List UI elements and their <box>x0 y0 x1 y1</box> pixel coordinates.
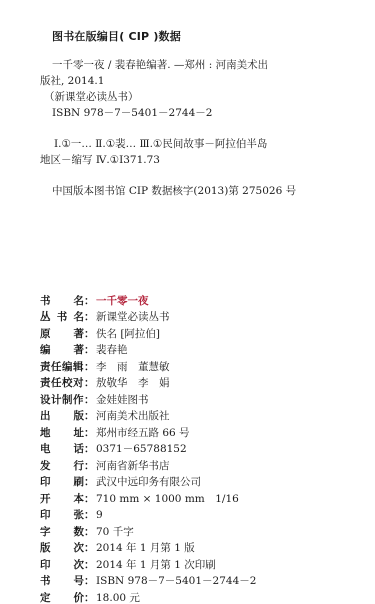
colophon-row-book-title: 书名：一千零一夜 <box>40 292 340 309</box>
cip-heading: 图书在版编目( CIP )数据 <box>52 28 181 44</box>
colophon-row-phone: 电话：0371－65788152 <box>40 441 340 458</box>
label-colon: ： <box>84 524 92 539</box>
label-colon: ： <box>84 425 92 440</box>
label-text: 书号 <box>40 573 84 588</box>
label-text: 原著 <box>40 326 84 341</box>
colophon-value: 敖敬华 李 娟 <box>94 375 170 390</box>
colophon-label: 责任编辑： <box>40 359 94 374</box>
colophon-row-isbn: 书号：ISBN 978－7－5401－2744－2 <box>40 573 340 590</box>
colophon-value: 70 千字 <box>94 524 134 539</box>
colophon-row-price: 定价：18.00 元 <box>40 589 340 604</box>
cip-line-classification: Ⅰ.①一… Ⅱ.①裴… Ⅲ.①民间故事－阿拉伯半岛 <box>54 137 267 151</box>
label-colon: ： <box>84 392 92 407</box>
colophon-row-word-count: 字数：70 千字 <box>40 523 340 540</box>
cip-line-title-author: 一千零一夜 / 裴春艳编著. —郑州 : 河南美术出 <box>52 58 268 72</box>
colophon-label: 丛书名： <box>40 309 94 324</box>
label-colon: ： <box>84 375 92 390</box>
cip-line-classification-cont: 地区－缩写 Ⅳ.①I371.73 <box>40 153 160 167</box>
colophon-value: 2014 年 1 月第 1 次印刷 <box>94 557 216 572</box>
label-text: 设计制作 <box>40 392 84 407</box>
label-text: 印刷 <box>40 474 84 489</box>
colophon-value: 佚名 [阿拉伯] <box>94 326 160 341</box>
colophon-label: 版次： <box>40 540 94 555</box>
label-text: 印张 <box>40 507 84 522</box>
label-colon: ： <box>84 293 92 308</box>
label-colon: ： <box>84 540 92 555</box>
colophon-value: 一千零一夜 <box>94 293 149 308</box>
copyright-page: 图书在版编目( CIP )数据 一千零一夜 / 裴春艳编著. —郑州 : 河南美… <box>0 0 375 604</box>
colophon-row-publisher: 出版：河南美术出版社 <box>40 408 340 425</box>
colophon-label: 定价： <box>40 590 94 604</box>
label-text: 开本 <box>40 491 84 506</box>
label-text: 地址 <box>40 425 84 440</box>
colophon-label: 书号： <box>40 573 94 588</box>
label-colon: ： <box>84 491 92 506</box>
colophon-label: 印刷： <box>40 474 94 489</box>
label-text: 电话 <box>40 441 84 456</box>
label-colon: ： <box>84 309 92 324</box>
colophon-label: 出版： <box>40 408 94 423</box>
colophon-row-address: 地址：郑州市经五路 66 号 <box>40 424 340 441</box>
cip-line-series: （新课堂必读丛书） <box>44 90 139 104</box>
colophon-row-editor: 编著：裴春艳 <box>40 342 340 359</box>
colophon-label: 责任校对： <box>40 375 94 390</box>
label-text: 字数 <box>40 524 84 539</box>
label-colon: ： <box>84 557 92 572</box>
colophon-label: 发行： <box>40 458 94 473</box>
colophon-value: 0371－65788152 <box>94 441 187 456</box>
label-text: 版次 <box>40 540 84 555</box>
label-colon: ： <box>84 408 92 423</box>
label-text: 丛书名 <box>40 309 84 324</box>
colophon-row-printed-sheets: 印张：9 <box>40 507 340 524</box>
colophon-label: 开本： <box>40 491 94 506</box>
colophon-label: 书名： <box>40 293 94 308</box>
label-colon: ： <box>84 507 92 522</box>
colophon-value: 710 mm × 1000 mm 1/16 <box>94 491 239 506</box>
colophon-row-edition: 版次：2014 年 1 月第 1 版 <box>40 540 340 557</box>
label-text: 印次 <box>40 557 84 572</box>
label-text: 责任校对 <box>40 375 84 390</box>
colophon-value: 新课堂必读丛书 <box>94 309 170 324</box>
colophon-label: 印张： <box>40 507 94 522</box>
label-colon: ： <box>84 342 92 357</box>
label-colon: ： <box>84 359 92 374</box>
label-text: 责任编辑 <box>40 359 84 374</box>
colophon-value: 18.00 元 <box>94 590 140 604</box>
colophon-label: 电话： <box>40 441 94 456</box>
label-text: 编著 <box>40 342 84 357</box>
colophon-value: 河南美术出版社 <box>94 408 170 423</box>
colophon-label: 字数： <box>40 524 94 539</box>
label-colon: ： <box>84 458 92 473</box>
colophon-value: 2014 年 1 月第 1 版 <box>94 540 195 555</box>
colophon-value: 9 <box>94 509 103 521</box>
label-text: 定价 <box>40 590 84 604</box>
colophon: 书名：一千零一夜丛书名：新课堂必读丛书原著：佚名 [阿拉伯]编著：裴春艳责任编辑… <box>40 292 340 604</box>
colophon-row-series-name: 丛书名：新课堂必读丛书 <box>40 309 340 326</box>
colophon-label: 原著： <box>40 326 94 341</box>
colophon-row-printer: 印刷：武汉中远印务有限公司 <box>40 474 340 491</box>
colophon-label: 设计制作： <box>40 392 94 407</box>
colophon-row-printing: 印次：2014 年 1 月第 1 次印刷 <box>40 556 340 573</box>
cip-line-isbn: ISBN 978－7－5401－2744－2 <box>52 106 212 120</box>
label-colon: ： <box>84 573 92 588</box>
colophon-row-distributor: 发行：河南省新华书店 <box>40 457 340 474</box>
colophon-value: 李 雨 董慧敏 <box>94 359 170 374</box>
label-text: 出版 <box>40 408 84 423</box>
label-text: 书名 <box>40 293 84 308</box>
colophon-label: 印次： <box>40 557 94 572</box>
colophon-row-responsible-editor: 责任编辑：李 雨 董慧敏 <box>40 358 340 375</box>
colophon-row-proofreader: 责任校对：敖敬华 李 娟 <box>40 375 340 392</box>
label-colon: ： <box>84 474 92 489</box>
colophon-value: 郑州市经五路 66 号 <box>94 425 190 440</box>
label-colon: ： <box>84 326 92 341</box>
label-colon: ： <box>84 441 92 456</box>
label-colon: ： <box>84 590 92 604</box>
colophon-value: 武汉中远印务有限公司 <box>94 474 201 489</box>
colophon-value: 金娃娃图书 <box>94 392 149 407</box>
colophon-value: 河南省新华书店 <box>94 458 170 473</box>
colophon-label: 编著： <box>40 342 94 357</box>
cip-line-library-record: 中国版本图书馆 CIP 数据核字(2013)第 275026 号 <box>52 184 296 198</box>
cip-line-publisher-date: 版社, 2014.1 <box>40 74 104 88</box>
colophon-row-original-author: 原著：佚名 [阿拉伯] <box>40 325 340 342</box>
colophon-row-format: 开本：710 mm × 1000 mm 1/16 <box>40 490 340 507</box>
colophon-value: ISBN 978－7－5401－2744－2 <box>94 573 256 588</box>
colophon-value: 裴春艳 <box>94 342 128 357</box>
colophon-row-design: 设计制作：金娃娃图书 <box>40 391 340 408</box>
colophon-label: 地址： <box>40 425 94 440</box>
label-text: 发行 <box>40 458 84 473</box>
